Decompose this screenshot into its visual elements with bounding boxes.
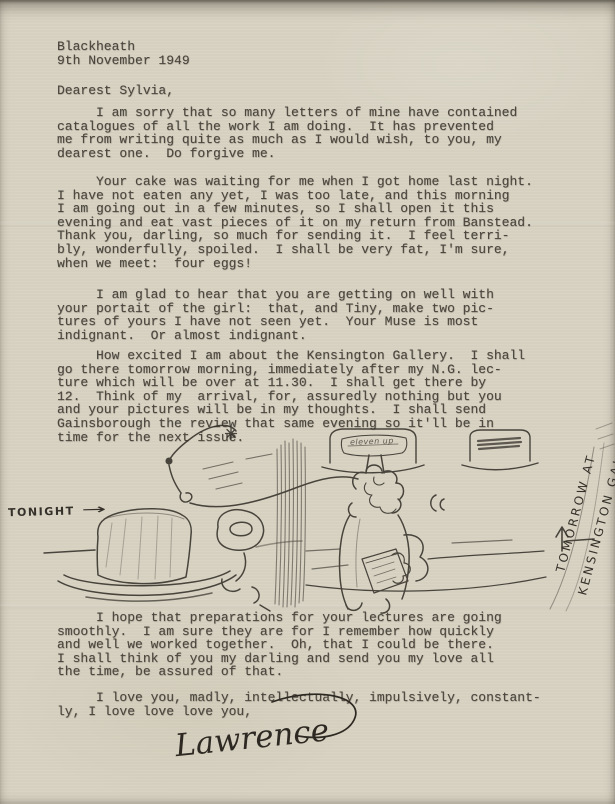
letter-page: Blackheath 9th November 1949 Dearest Syl… <box>0 0 615 804</box>
face-drawing <box>166 425 358 506</box>
curtain-hatching <box>275 439 305 607</box>
picture-frames <box>322 429 538 473</box>
letter-paragraph: I am sorry that so many letters of mine … <box>57 106 517 160</box>
letterhead-date: 9th November 1949 <box>57 54 190 68</box>
signature: Lawrence <box>172 712 330 764</box>
tonight-label: TONIGHT <box>8 504 75 519</box>
letter-paragraph: I hope that preparations for your lectur… <box>57 611 502 679</box>
letterhead-location: Blackheath <box>57 40 135 54</box>
cake-drawing <box>44 509 236 601</box>
letter-paragraph: I am glad to hear that you are getting o… <box>57 288 494 342</box>
arrow-right-icon: → <box>81 502 109 519</box>
floor-lines <box>306 540 546 591</box>
letter-paragraph: Your cake was waiting for me when I got … <box>57 175 533 270</box>
signature-block: Lawrence <box>158 690 388 770</box>
tonight-annotation: TONIGHT→ <box>8 502 102 520</box>
frame-caption: eleven up <box>350 436 394 447</box>
salutation: Dearest Sylvia, <box>57 84 174 98</box>
